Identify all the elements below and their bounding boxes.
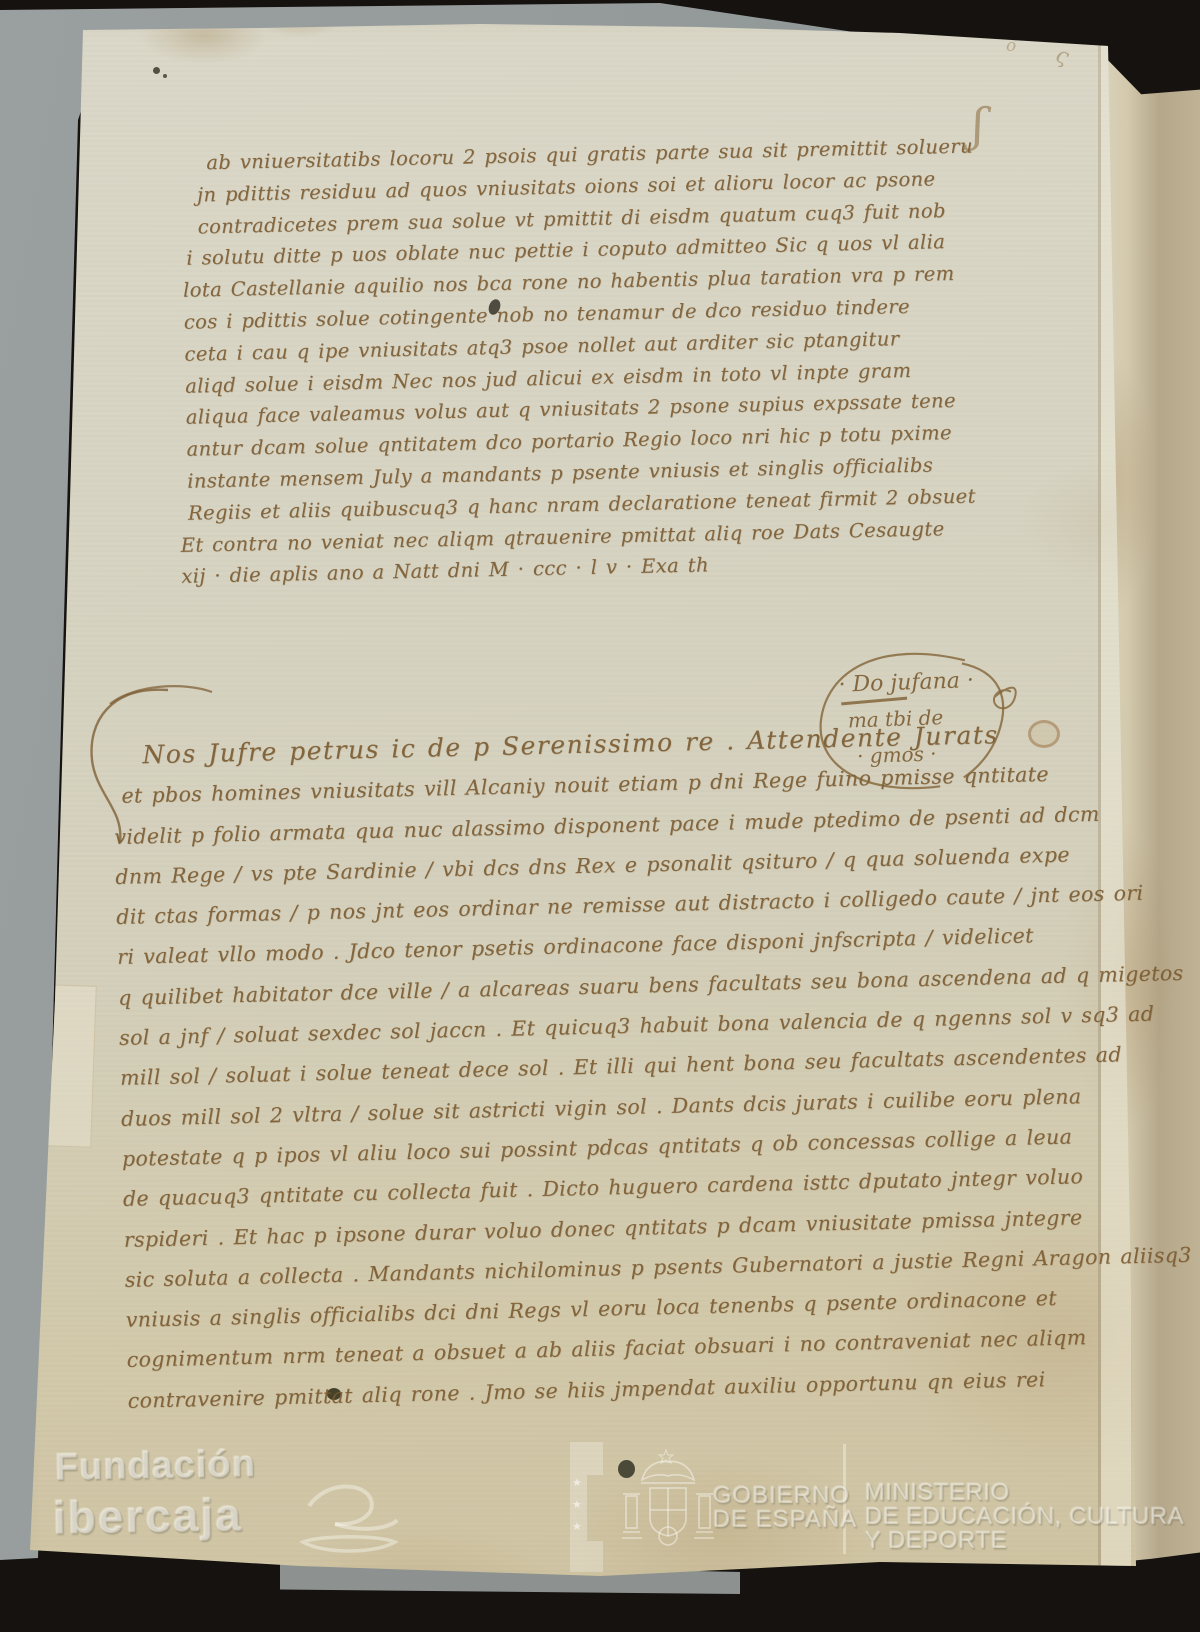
ink-speck [153,67,160,74]
marginal-note-line: · Do jufana · [838,668,974,698]
marginal-note-line: · gmos · [857,741,937,768]
gobierno-band [570,1541,603,1572]
stray-ink-mark: o [1006,36,1016,56]
upper-text-block: ab vniuersitatibs locoru 2 psois qui gra… [172,128,1087,593]
lower-text-block: Nos Jufre petrus ic de p Serenissimo re … [112,713,1106,1421]
star-icon: ★ [572,1520,582,1533]
ibercaja-watermark-line2: ibercaja [53,1487,244,1544]
star-icon: ★ [572,1476,582,1489]
gobierno-band [570,1442,603,1475]
scan-canvas: ab vniuersitatibs locoru 2 psois qui gra… [0,0,1200,1632]
stray-ink-flourish: ʃ [972,98,985,152]
ibercaja-watermark-line1: Fundación [55,1443,257,1490]
ink-speck [163,74,167,78]
ministerio-watermark-line3: Y DEPORTE [865,1527,1007,1555]
marginal-note: · Do jufana · ma tbi de · gmos · [809,644,1028,803]
ibercaja-logo-icon [295,1478,403,1566]
marginal-note-line: ma tbi de [847,705,943,732]
coat-of-arms-watermark-icon [622,1448,714,1554]
star-icon: ★ [572,1498,582,1511]
gobierno-watermark-line2: DE ESPAÑA [713,1506,858,1534]
